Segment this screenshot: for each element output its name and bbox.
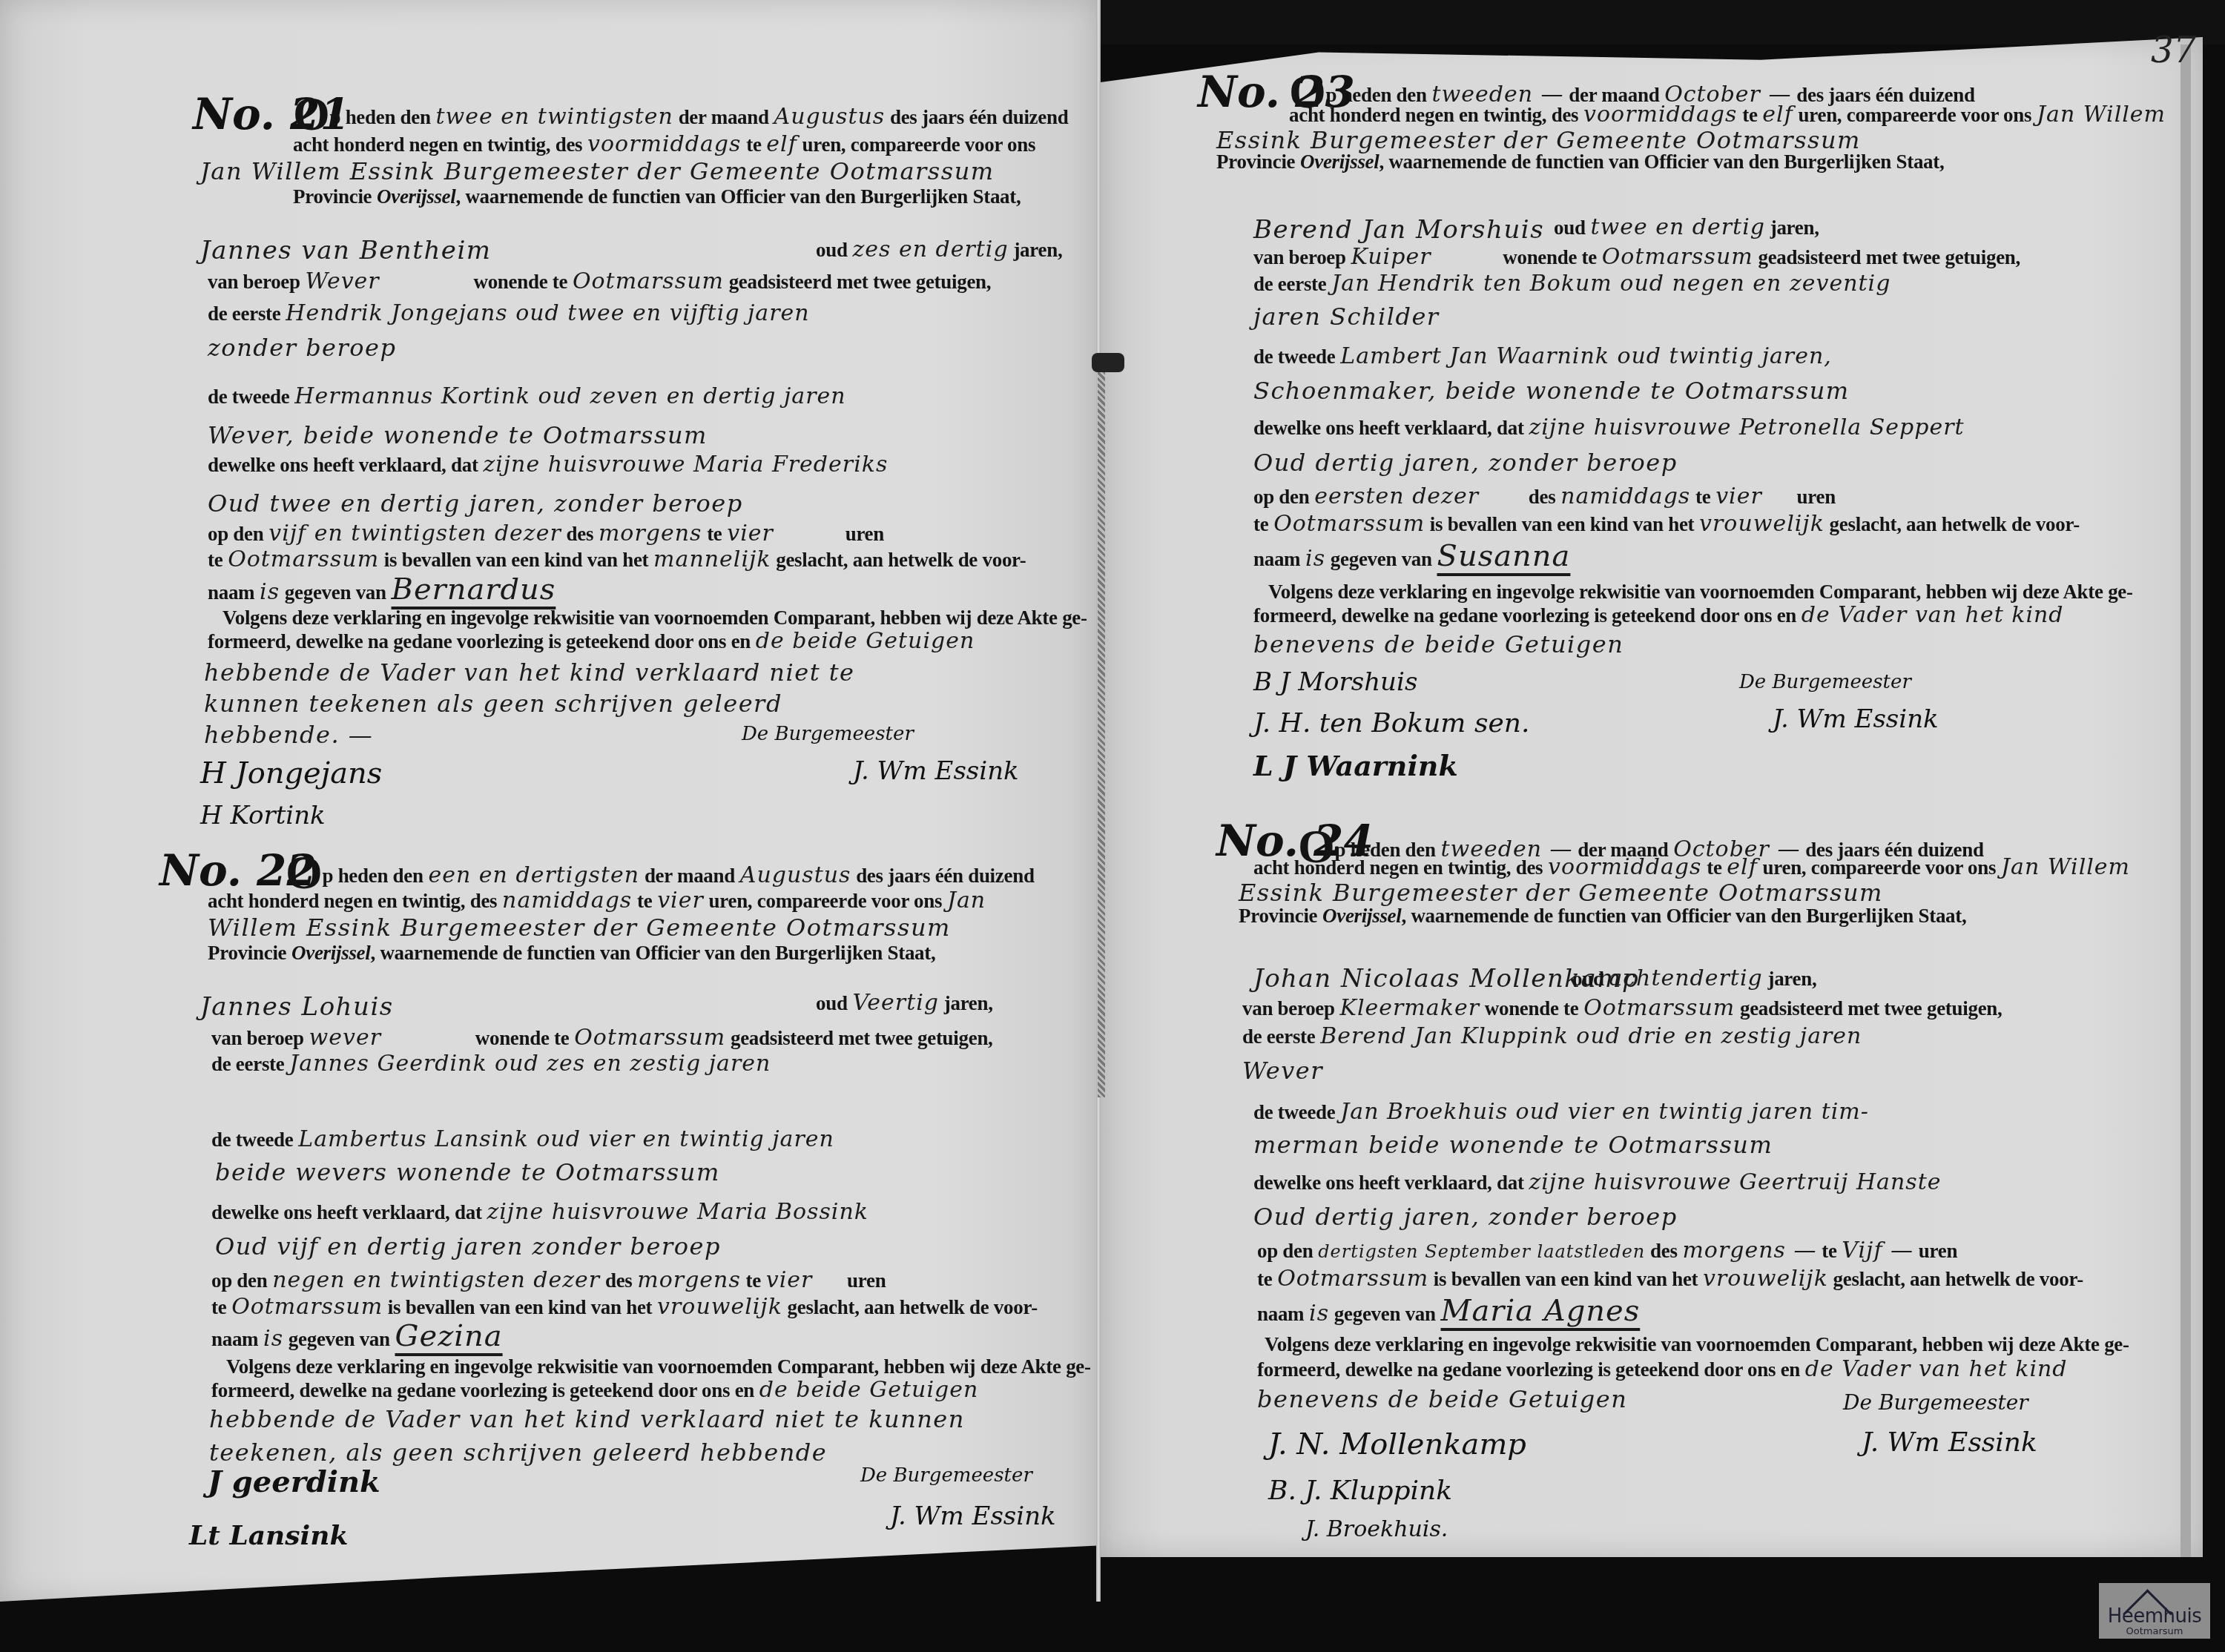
declarant-residence: Ootmarssum xyxy=(574,1025,725,1051)
printed-text: de eerste xyxy=(1253,273,1326,295)
mayor-signature: J. Wm Essink xyxy=(1862,1427,2037,1458)
signed-with: de Vader van het kind xyxy=(1805,1356,2068,1382)
mother: zijne huisvrouwe Geertruij Hanste xyxy=(1529,1169,1941,1195)
declarant-occupation: wever xyxy=(309,1025,381,1051)
child-name-line: naam is gegeven van Susanna xyxy=(1253,541,1570,571)
witness-signature: B J Morshuis xyxy=(1253,667,1417,697)
declarant-age: achtendertig xyxy=(1609,965,1762,991)
printed-text: acht honderd negen en twintig, des xyxy=(1253,856,1543,879)
printed-text: van beroep xyxy=(1253,246,1346,268)
declarant-age: zes en dertig xyxy=(852,237,1008,262)
birth-place: Ootmarssum xyxy=(1273,511,1425,537)
printed-text: uren xyxy=(845,523,884,545)
printed-text: jaren, xyxy=(1770,217,1819,239)
note-line: benevens de beide Getuigen xyxy=(1253,630,1624,658)
handwritten-text: is xyxy=(1309,1301,1329,1326)
printed-text: de tweede xyxy=(208,386,290,408)
mayor-title: De Burgemeester xyxy=(1843,1390,2028,1415)
birth-hour: vier xyxy=(766,1267,813,1293)
printed-text: jaren, xyxy=(1767,968,1816,990)
mayor-signature: J. Wm Essink xyxy=(1773,704,1939,734)
handwritten-text: is xyxy=(1305,546,1325,572)
mother: zijne huisvrouwe Maria Frederiks xyxy=(483,452,888,478)
printed-text: gegeven van xyxy=(285,581,386,604)
printed-text: is bevallen van een kind van het xyxy=(1430,513,1694,535)
printed-text: van beroep xyxy=(1242,997,1335,1020)
printed-text: geadsisteerd met twee getuigen, xyxy=(729,271,992,293)
printed-text: , waarnemende de functien van Officier v… xyxy=(1379,151,1945,173)
mayor-title: De Burgemeester xyxy=(1739,671,1911,693)
signed-with: de beide Getuigen xyxy=(759,1377,979,1403)
witness2: Lambertus Lansink oud vier en twintig ja… xyxy=(298,1126,834,1152)
handwritten-official: Jan Willem xyxy=(2037,102,2166,128)
declarant-residence: Ootmarssum xyxy=(1602,244,1753,270)
handwritten-day: een en dertigsten xyxy=(428,862,639,888)
witness-signature: H Kortink xyxy=(200,801,326,830)
closing-line-2: formeerd, dewelke na gedane voorlezing i… xyxy=(211,1379,978,1401)
child-name: Maria Agnes xyxy=(1441,1294,1641,1328)
printed-text: op den xyxy=(1253,486,1309,508)
witness2-line: de tweede Jan Broekhuis oud vier en twin… xyxy=(1253,1101,1869,1123)
printed-text: Overijssel xyxy=(291,942,370,964)
child-name-line: naam is gegeven van Maria Agnes xyxy=(1257,1296,1640,1326)
child-sex: mannelijk xyxy=(653,546,771,572)
witness1: Berend Jan Kluppink oud drie en zestig j… xyxy=(1320,1023,1862,1049)
age-line: oud zes en dertig jaren, xyxy=(816,239,1062,261)
birth-day: dertigsten September laatstleden xyxy=(1318,1241,1645,1262)
witness1-line: de eerste Hendrik Jongejans oud twee en … xyxy=(208,303,810,325)
witness1: Hendrik Jongejans oud twee en vijftig ja… xyxy=(286,300,809,326)
printed-text: des jaars één duizend xyxy=(890,106,1068,128)
birth-part-of-day: namiddags xyxy=(1560,483,1690,509)
closing-line-2: formeerd, dewelke na gedane voorlezing i… xyxy=(1257,1358,2068,1381)
witness2-cont: Schoenmaker, beide wonende te Ootmarssum xyxy=(1253,377,1850,405)
mother-details: Oud vijf en dertig jaren zonder beroep xyxy=(215,1232,721,1261)
birth-part-of-day: morgens — xyxy=(1682,1238,1816,1263)
printed-text: oud xyxy=(1554,217,1586,239)
printed-text: p heden den xyxy=(1325,84,1426,106)
printed-text: formeerd, dewelke na gedane voorlezing i… xyxy=(1257,1358,1800,1381)
printed-text: te xyxy=(1822,1240,1836,1262)
printed-text: dewelke ons heeft verklaard, dat xyxy=(211,1201,482,1223)
printed-text: Volgens deze verklaring en ingevolge rek… xyxy=(226,1355,1091,1378)
witness2: Hermannus Kortink oud zeven en dertig ja… xyxy=(294,383,845,409)
signed-with: de beide Getuigen xyxy=(756,628,975,654)
witness1-line: de eerste Jan Hendrik ten Bokum oud nege… xyxy=(1253,273,1891,295)
birth-place-line: te Ootmarssum is bevallen van een kind v… xyxy=(1257,1268,2083,1290)
birth-place-line: te Ootmarssum is bevallen van een kind v… xyxy=(1253,513,2080,535)
logo-name: Heemhuis xyxy=(2099,1605,2210,1628)
printed-text: te xyxy=(1742,104,1757,126)
printed-text: de tweede xyxy=(1253,1101,1336,1123)
initial-letter: O xyxy=(293,87,329,140)
record-line-2: acht honderd negen en twintig, des voorm… xyxy=(293,133,1035,156)
heemhuis-logo: Heemhuis Ootmarsum xyxy=(2099,1583,2210,1639)
printed-text: Provincie xyxy=(208,942,286,964)
handwritten-official: Essink Burgemeester der Gemeente Ootmars… xyxy=(1239,879,1883,907)
printed-text: der maand xyxy=(645,865,735,887)
printed-text: Provincie xyxy=(293,185,372,208)
page-edge xyxy=(2180,44,2191,1557)
printed-text: gegeven van xyxy=(1334,1303,1436,1325)
handwritten-day: twee en twintigsten xyxy=(435,104,673,130)
handwritten-hour: elf xyxy=(766,131,797,157)
handwritten-official: Jan Willem Essink Burgemeester der Gemee… xyxy=(200,157,995,185)
printed-text: des xyxy=(1529,486,1556,508)
printed-text: de tweede xyxy=(211,1129,294,1151)
handwritten-hour: elf xyxy=(1762,102,1793,128)
declarant-occupation: Wever xyxy=(306,268,380,294)
occupation-line: van beroep Kuiper wonende te Ootmarssum … xyxy=(1253,246,2020,268)
printed-text: formeerd, dewelke na gedane voorlezing i… xyxy=(1253,604,1796,627)
birth-day: negen en twintigsten dezer xyxy=(272,1267,600,1293)
printed-text: , waarnemende de functien van Officier v… xyxy=(456,185,1021,208)
printed-text: formeerd, dewelke na gedane voorlezing i… xyxy=(208,630,751,652)
mother-details: Oud twee en dertig jaren, zonder beroep xyxy=(208,489,743,518)
printed-text: wonende te xyxy=(473,271,567,293)
child-name: Bernardus xyxy=(392,572,556,607)
printed-text: geadsisteerd met twee getuigen, xyxy=(1740,997,2002,1020)
binding-knot xyxy=(1092,353,1124,372)
mother-details: Oud dertig jaren, zonder beroep xyxy=(1253,1203,1678,1231)
printed-text: , waarnemende de functien van Officier v… xyxy=(371,942,936,964)
birth-place-line: te Ootmarssum is bevallen van een kind v… xyxy=(208,549,1026,571)
age-line: oud achtendertig jaren, xyxy=(1572,968,1816,990)
birth-day: eersten dezer xyxy=(1314,483,1479,509)
binding-thread xyxy=(1098,356,1105,1097)
child-sex: vrouwelijk xyxy=(1699,511,1824,537)
printed-text: te xyxy=(208,549,222,571)
printed-text: oud xyxy=(816,992,848,1014)
declaration-line: dewelke ons heeft verklaard, dat zijne h… xyxy=(208,454,888,476)
mayor-signature: J. Wm Essink xyxy=(853,756,1019,786)
printed-text: uren, compareerde voor ons xyxy=(1763,856,1997,879)
child-sex: vrouwelijk xyxy=(657,1294,782,1320)
declarant-residence: Ootmarssum xyxy=(1583,995,1735,1021)
witness-signature: J geerdink xyxy=(208,1464,380,1499)
printed-text: van beroep xyxy=(208,271,300,293)
printed-text: te xyxy=(1707,856,1721,879)
printed-text: geadsisteerd met twee getuigen, xyxy=(731,1027,993,1049)
record-line-2: acht honderd negen en twintig, des voorm… xyxy=(1289,104,2166,126)
mother: zijne huisvrouwe Petronella Seppert xyxy=(1529,414,1964,440)
witness2-line: de tweede Lambert Jan Waarnink oud twint… xyxy=(1253,346,1832,368)
printed-text: naam xyxy=(208,581,254,604)
printed-text: wonende te xyxy=(475,1027,570,1049)
handwritten-part-of-day: voormiddags xyxy=(1548,854,1701,880)
witness-signature: J. Broekhuis. xyxy=(1305,1516,1448,1542)
birth-hour: vier xyxy=(1715,483,1762,509)
handwritten-text: is xyxy=(260,579,280,605)
printed-text: acht honderd negen en twintig, des xyxy=(293,133,582,156)
child-name: Gezina xyxy=(395,1319,503,1353)
printed-text: geslacht, aan hetwelk de voor- xyxy=(788,1296,1038,1318)
printed-text: te xyxy=(1257,1268,1272,1290)
printed-text: oud xyxy=(1572,968,1604,990)
printed-text: wonende te xyxy=(1485,997,1579,1020)
handwritten-hour: elf xyxy=(1727,854,1757,880)
record-line-4: Provincie Overijssel, waarnemende de fun… xyxy=(208,943,935,963)
handwritten-official: Jan xyxy=(947,888,986,913)
closing-line-1: Volgens deze verklaring en ingevolge rek… xyxy=(1265,1335,2129,1355)
printed-text: is bevallen van een kind van het xyxy=(388,1296,652,1318)
declaration-line: dewelke ons heeft verklaard, dat zijne h… xyxy=(1253,1172,1942,1194)
handwritten-official: Jan Willem xyxy=(2001,854,2130,880)
birth-place-line: te Ootmarssum is bevallen van een kind v… xyxy=(211,1296,1038,1318)
printed-text: geslacht, aan hetwelk de voor- xyxy=(1830,513,2080,535)
witness-signature: J. H. ten Bokum sen. xyxy=(1253,708,1529,739)
printed-text: Volgens deze verklaring en ingevolge rek… xyxy=(222,607,1087,629)
printed-text: geslacht, aan hetwelk de voor- xyxy=(1833,1268,2083,1290)
printed-text: gegeven van xyxy=(289,1328,390,1350)
mother: zijne huisvrouwe Maria Bossink xyxy=(487,1199,868,1225)
witness1: Jan Hendrik ten Bokum oud negen en zeven… xyxy=(1331,271,1891,297)
record-line-4: Provincie Overijssel, waarnemende de fun… xyxy=(1239,906,1966,926)
declarant-name: Berend Jan Morshuis xyxy=(1253,215,1544,245)
handwritten-month: Augustus xyxy=(740,862,851,888)
witness-signature: B. J. Kluppink xyxy=(1268,1476,1452,1506)
birth-date-line: op den eersten dezer des namiddags te vi… xyxy=(1253,486,1836,508)
witness-signature: Lt Lansink xyxy=(189,1520,348,1551)
child-name-line: naam is gegeven van Gezina xyxy=(211,1321,503,1351)
closing-line-1: Volgens deze verklaring en ingevolge rek… xyxy=(1268,582,2133,602)
logo-subtitle: Ootmarsum xyxy=(2099,1626,2210,1637)
witness2-cont: beide wevers wonende te Ootmarssum xyxy=(215,1158,720,1186)
birth-place: Ootmarssum xyxy=(228,546,379,572)
printed-text: , waarnemende de functien van Officier v… xyxy=(1402,905,1967,927)
birth-date-line: op den negen en twintigsten dezer des mo… xyxy=(211,1269,886,1292)
printed-text: dewelke ons heeft verklaard, dat xyxy=(1253,417,1524,439)
closing-line-2: formeerd, dewelke na gedane voorlezing i… xyxy=(208,630,975,652)
printed-text: der maand xyxy=(679,106,769,128)
witness1-cont: jaren Schilder xyxy=(1253,303,1440,331)
folio-number: 37 xyxy=(2151,30,2196,71)
printed-text: Volgens deze verklaring en ingevolge rek… xyxy=(1265,1333,2129,1355)
printed-text: te xyxy=(746,133,761,156)
declarant-name: Jannes Lohuis xyxy=(200,992,394,1022)
birth-part-of-day: morgens xyxy=(637,1267,741,1293)
printed-text: op den xyxy=(1257,1240,1313,1262)
printed-text: jaren, xyxy=(944,992,993,1014)
printed-text: uren, compareerde voor ons xyxy=(709,890,943,912)
printed-text: naam xyxy=(1257,1303,1304,1325)
printed-text: acht honderd negen en twintig, des xyxy=(208,890,497,912)
printed-text: Overijssel xyxy=(1300,151,1379,173)
declaration-line: dewelke ons heeft verklaard, dat zijne h… xyxy=(1253,417,1965,439)
printed-text: Overijssel xyxy=(1322,905,1401,927)
declarant-occupation: Kleermaker xyxy=(1340,995,1480,1021)
declarant-name: Jannes van Bentheim xyxy=(200,236,492,265)
closing-line-2: formeerd, dewelke na gedane voorlezing i… xyxy=(1253,604,2064,627)
printed-text: uren xyxy=(1797,486,1836,508)
mayor-title: De Burgemeester xyxy=(742,723,914,745)
witness-signature: L J Waarnink xyxy=(1253,749,1458,782)
handwritten-part-of-day: namiddags xyxy=(502,888,632,913)
mayor-title: De Burgemeester xyxy=(860,1464,1032,1487)
printed-text: naam xyxy=(211,1328,258,1350)
witness2: Jan Broekhuis oud vier en twintig jaren … xyxy=(1340,1099,1869,1125)
scan-background xyxy=(1098,0,2225,44)
printed-text: uren, compareerde voor ons xyxy=(1799,104,2032,126)
witness2-cont: merman beide wonende te Ootmarssum xyxy=(1253,1131,1773,1159)
printed-text: van beroep xyxy=(211,1027,304,1049)
witness1-line: de eerste Jannes Geerdink oud zes en zes… xyxy=(211,1053,771,1075)
printed-text: te xyxy=(637,890,652,912)
note-line: benevens de beide Getuigen xyxy=(1257,1385,1627,1413)
witness1: Jannes Geerdink oud zes en zestig jaren xyxy=(289,1051,771,1077)
printed-text: is bevallen van een kind van het xyxy=(1434,1268,1698,1290)
printed-text: Volgens deze verklaring en ingevolge rek… xyxy=(1268,581,2133,603)
printed-text: acht honderd negen en twintig, des xyxy=(1289,104,1578,126)
handwritten-hour: vier xyxy=(657,888,704,913)
note-line: teekenen, als geen schrijven geleerd heb… xyxy=(209,1438,827,1467)
witness-signature: H Jongejans xyxy=(200,756,382,790)
closing-line-1: Volgens deze verklaring en ingevolge rek… xyxy=(226,1357,1091,1377)
mother-details: Oud dertig jaren, zonder beroep xyxy=(1253,449,1678,477)
declaration-line: dewelke ons heeft verklaard, dat zijne h… xyxy=(211,1201,868,1223)
printed-text: naam xyxy=(1253,548,1300,570)
printed-text: de tweede xyxy=(1253,346,1336,368)
birth-day: vijf en twintigsten dezer xyxy=(268,521,561,546)
printed-text: te xyxy=(1253,513,1268,535)
mayor-signature: J. Wm Essink xyxy=(890,1501,1056,1531)
printed-text: is bevallen van een kind van het xyxy=(384,549,648,571)
record-line-4: Provincie Overijssel, waarnemende de fun… xyxy=(1216,152,1944,172)
occupation-line: van beroep wever wonende te Ootmarssum g… xyxy=(211,1027,993,1049)
printed-text: de eerste xyxy=(208,303,280,325)
record-line-2: acht honderd negen en twintig, des voorm… xyxy=(1253,856,2130,879)
age-line: oud Veertig jaren, xyxy=(816,992,993,1014)
printed-text: Overijssel xyxy=(377,185,455,208)
occupation-line: van beroep Kleermaker wonende te Ootmars… xyxy=(1242,997,2002,1020)
child-sex: vrouwelijk xyxy=(1703,1266,1828,1292)
printed-text: geadsisteerd met twee getuigen, xyxy=(1758,246,2020,268)
printed-text: Provincie xyxy=(1216,151,1295,173)
note-line: hebbende de Vader van het kind verklaard… xyxy=(204,658,854,687)
closing-line-1: Volgens deze verklaring en ingevolge rek… xyxy=(222,608,1087,628)
printed-text: uren xyxy=(1919,1240,1957,1262)
birth-date-line: op den dertigsten September laatstleden … xyxy=(1257,1240,1957,1262)
birth-place: Ootmarssum xyxy=(1277,1266,1428,1292)
birth-hour: vier xyxy=(727,521,774,546)
witness1-cont: zonder beroep xyxy=(208,334,397,362)
printed-text: gegeven van xyxy=(1331,548,1432,570)
birth-date-line: op den vijf en twintigsten dezer des mor… xyxy=(208,523,884,545)
note-line: kunnen teekenen als geen schrijven gelee… xyxy=(204,690,782,718)
child-name-line: naam is gegeven van Bernardus xyxy=(208,575,556,604)
witness2: Lambert Jan Waarnink oud twintig jaren, xyxy=(1340,343,1832,369)
printed-text: des xyxy=(1650,1240,1678,1262)
printed-text: de eerste xyxy=(211,1053,284,1075)
witness2-line: de tweede Lambertus Lansink oud vier en … xyxy=(211,1129,834,1151)
record-line-4: Provincie Overijssel, waarnemende de fun… xyxy=(293,187,1021,207)
printed-text: des jaars één duizend xyxy=(1796,84,1974,106)
printed-text: des xyxy=(567,523,594,545)
declarant-age: twee en dertig xyxy=(1590,214,1765,240)
witness1-cont: Wever xyxy=(1242,1057,1323,1085)
witness2-line: de tweede Hermannus Kortink oud zeven en… xyxy=(208,386,846,408)
printed-text: te xyxy=(707,523,722,545)
printed-text: formeerd, dewelke na gedane voorlezing i… xyxy=(211,1379,754,1401)
handwritten-text: is xyxy=(263,1326,283,1352)
printed-text: te xyxy=(211,1296,226,1318)
printed-text: op den xyxy=(208,523,263,545)
note-line: hebbende de Vader van het kind verklaard… xyxy=(209,1405,965,1433)
printed-text: uren, compareerde voor ons xyxy=(802,133,1036,156)
birth-hour: Vijf — xyxy=(1842,1238,1913,1263)
handwritten-month: Augustus xyxy=(774,104,885,130)
declarant-residence: Ootmarssum xyxy=(573,268,724,294)
signed-with: de Vader van het kind xyxy=(1802,602,2064,628)
witness2-cont: Wever, beide wonende te Ootmarssum xyxy=(208,421,708,449)
printed-text: des xyxy=(605,1269,633,1292)
printed-text: dewelke ons heeft verklaard, dat xyxy=(1253,1172,1524,1194)
child-name: Susanna xyxy=(1437,539,1571,573)
witness1-line: de eerste Berend Jan Kluppink oud drie e… xyxy=(1242,1025,1862,1048)
occupation-line: van beroep Wever wonende te Ootmarssum g… xyxy=(208,271,991,293)
handwritten-part-of-day: voormiddags xyxy=(587,131,741,157)
printed-text: geslacht, aan hetwelk de voor- xyxy=(776,549,1026,571)
printed-text: des jaars één duizend xyxy=(856,865,1034,887)
printed-text: Provincie xyxy=(1239,905,1317,927)
printed-text: oud xyxy=(816,239,848,261)
declarant-age: Veertig xyxy=(852,990,939,1016)
printed-text: de eerste xyxy=(1242,1025,1315,1048)
printed-text: te xyxy=(1695,486,1710,508)
printed-text: uren xyxy=(847,1269,886,1292)
birth-place: Ootmarssum xyxy=(231,1294,383,1320)
printed-text: op den xyxy=(211,1269,267,1292)
printed-text: jaren, xyxy=(1013,239,1062,261)
printed-text: p heden den xyxy=(322,865,423,887)
record-line-2: acht honderd negen en twintig, des namid… xyxy=(208,890,986,912)
printed-text: te xyxy=(746,1269,761,1292)
note-line: hebbende. — xyxy=(204,721,373,749)
age-line: oud twee en dertig jaren, xyxy=(1554,217,1819,239)
printed-text: dewelke ons heeft verklaard, dat xyxy=(208,454,478,476)
printed-text: wonende te xyxy=(1503,246,1597,268)
witness-signature: J. N. Mollenkamp xyxy=(1268,1427,1526,1461)
declarant-occupation: Kuiper xyxy=(1351,244,1431,270)
printed-text: p heden den xyxy=(329,106,430,128)
birth-part-of-day: morgens xyxy=(599,521,702,546)
handwritten-part-of-day: voormiddags xyxy=(1583,102,1737,128)
handwritten-official: Willem Essink Burgemeester der Gemeente … xyxy=(208,913,951,942)
